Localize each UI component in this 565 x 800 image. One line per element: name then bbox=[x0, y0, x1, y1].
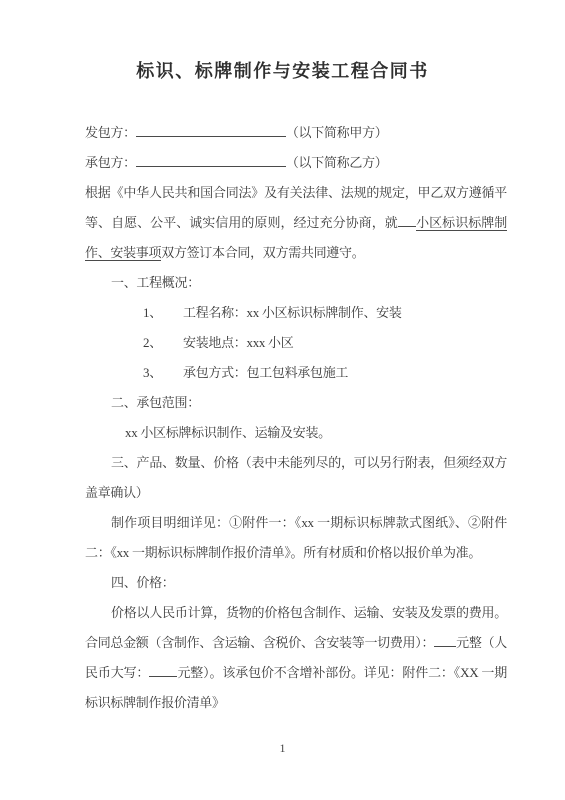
party-a-note: （以下简称甲方） bbox=[286, 125, 388, 140]
party-a-fill-in-blank bbox=[136, 123, 286, 137]
item-text: 安装地点：xxx 小区 bbox=[183, 335, 293, 350]
party-b-line: 承包方：（以下简称乙方） bbox=[85, 148, 507, 178]
preamble-paragraph: 根据《中华人民共和国合同法》及有关法律、法规的规定，甲乙双方遵循平等、自愿、公平… bbox=[85, 178, 507, 268]
item-number: 2、 bbox=[143, 328, 183, 358]
amount-capital-fill-in-blank bbox=[149, 663, 177, 677]
party-b-label: 承包方： bbox=[85, 155, 136, 170]
work-item: 2、安装地点：xxx 小区 bbox=[85, 328, 507, 358]
scope-body: xx 小区标牌标识制作、运输及安装。 bbox=[85, 418, 507, 448]
amount-fill-in-blank bbox=[434, 633, 456, 647]
attachments-body: 制作项目明细详见：①附件一：《xx 一期标识标牌款式图纸》、②附件二：《xx 一… bbox=[85, 508, 507, 568]
work-item: 3、承包方式：包工包料承包施工 bbox=[85, 358, 507, 388]
work-item: 1、工程名称：xx 小区标识标牌制作、安装 bbox=[85, 298, 507, 328]
party-a-line: 发包方：（以下简称甲方） bbox=[85, 118, 507, 148]
section-2-heading: 二、承包范围： bbox=[85, 388, 507, 418]
contract-content: 标识、标牌制作与安装工程合同书 发包方：（以下简称甲方） 承包方：（以下简称乙方… bbox=[0, 0, 565, 718]
doc-title: 标识、标牌制作与安装工程合同书 bbox=[0, 58, 565, 84]
party-a-label: 发包方： bbox=[85, 125, 136, 140]
party-b-fill-in-blank bbox=[136, 153, 286, 167]
preamble-fill-in-blank bbox=[398, 213, 416, 227]
item-text: 工程名称：xx 小区标识标牌制作、安装 bbox=[183, 305, 402, 320]
page-number: 1 bbox=[0, 741, 565, 756]
preamble-text-after: 双方签订本合同，双方需共同遵守。 bbox=[161, 245, 364, 260]
item-number: 3、 bbox=[143, 358, 183, 388]
item-text: 承包方式：包工包料承包施工 bbox=[183, 365, 348, 380]
party-b-note: （以下简称乙方） bbox=[286, 155, 388, 170]
price-paragraph: 价格以人民币计算，货物的价格包含制作、运输、安装及发票的费用。合同总金额（含制作… bbox=[85, 598, 507, 718]
section-1-heading: 一、工程概况： bbox=[85, 268, 507, 298]
item-number: 1、 bbox=[143, 298, 183, 328]
section-3-heading: 三、产品、数量、价格（表中未能列尽的，可以另行附表，但须经双方盖章确认） bbox=[85, 448, 507, 508]
contract-page: 标识、标牌制作与安装工程合同书 发包方：（以下简称甲方） 承包方：（以下简称乙方… bbox=[0, 0, 565, 800]
section-4-heading: 四、价格： bbox=[85, 568, 507, 598]
